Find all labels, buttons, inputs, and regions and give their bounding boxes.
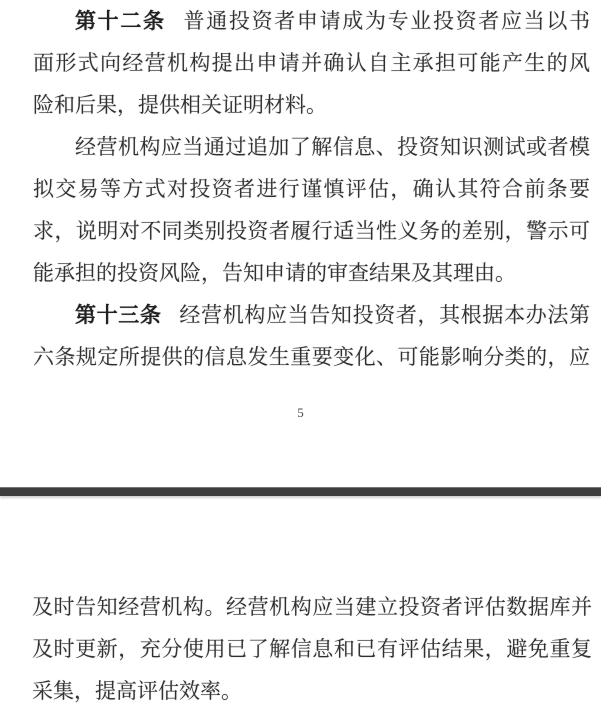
page-6-text-block: 及时告知经营机构。经营机构应当建立投资者评估数据库并 及时更新，充分使用已了解信… bbox=[32, 586, 592, 712]
document-viewport: 第十二条普通投资者申请成为专业投资者应当以书 面形式向经营机构提出申请并确认自主… bbox=[0, 0, 601, 716]
line-text: 求，说明对不同类别投资者履行适当性义务的差别，警示可 bbox=[33, 219, 590, 243]
line-text: 经营机构应当告知投资者，其根据本办法第 bbox=[179, 303, 590, 327]
line-text: 及时更新，充分使用已了解信息和已有评估结果，避免重复 bbox=[32, 637, 592, 661]
text-line: 求，说明对不同类别投资者履行适当性义务的差别，警示可 bbox=[33, 210, 590, 252]
text-line: 及时更新，充分使用已了解信息和已有评估结果，避免重复 bbox=[32, 628, 592, 670]
page-gap-divider bbox=[0, 487, 601, 496]
line-text: 拟交易等方式对投资者进行谨慎评估，确认其符合前条要 bbox=[33, 177, 590, 201]
line-text: 经营机构应当通过追加了解信息、投资知识测试或者模 bbox=[75, 135, 590, 159]
article-13-number: 第十三条 bbox=[75, 303, 162, 327]
line-text: 采集，提高评估效率。 bbox=[32, 679, 242, 703]
text-line: 第十二条普通投资者申请成为专业投资者应当以书 bbox=[33, 0, 590, 42]
line-text: 六条规定所提供的信息发生重要变化、可能影响分类的，应 bbox=[33, 345, 590, 369]
text-line: 经营机构应当通过追加了解信息、投资知识测试或者模 bbox=[33, 126, 590, 168]
line-text: 普通投资者申请成为专业投资者应当以书 bbox=[184, 9, 590, 33]
text-line: 及时告知经营机构。经营机构应当建立投资者评估数据库并 bbox=[32, 586, 592, 628]
text-line: 第十三条经营机构应当告知投资者，其根据本办法第 bbox=[33, 294, 590, 336]
text-line: 能承担的投资风险，告知申请的审查结果及其理由。 bbox=[33, 252, 590, 294]
text-line: 六条规定所提供的信息发生重要变化、可能影响分类的，应 bbox=[33, 336, 590, 378]
page-5-text-block: 第十二条普通投资者申请成为专业投资者应当以书 面形式向经营机构提出申请并确认自主… bbox=[33, 0, 590, 378]
article-12-number: 第十二条 bbox=[75, 9, 166, 33]
line-text: 险和后果，提供相关证明材料。 bbox=[33, 93, 327, 117]
page-number: 5 bbox=[0, 403, 601, 423]
line-text: 能承担的投资风险，告知申请的审查结果及其理由。 bbox=[33, 261, 516, 285]
line-text: 面形式向经营机构提出申请并确认自主承担可能产生的风 bbox=[33, 51, 590, 75]
line-text: 及时告知经营机构。经营机构应当建立投资者评估数据库并 bbox=[32, 595, 592, 619]
text-line: 面形式向经营机构提出申请并确认自主承担可能产生的风 bbox=[33, 42, 590, 84]
text-line: 险和后果，提供相关证明材料。 bbox=[33, 84, 590, 126]
text-line: 拟交易等方式对投资者进行谨慎评估，确认其符合前条要 bbox=[33, 168, 590, 210]
text-line: 采集，提高评估效率。 bbox=[32, 670, 592, 712]
